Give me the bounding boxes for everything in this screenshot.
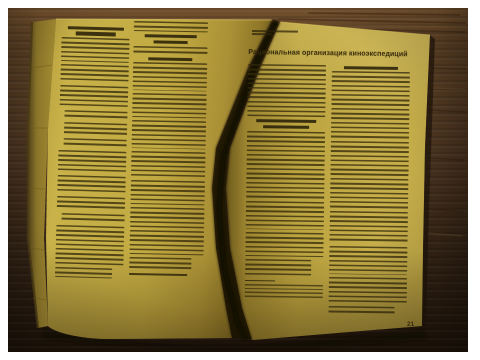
list-item-sim <box>61 213 124 224</box>
photo-frame: Рациональная организация киноэкспедиций <box>0 0 480 360</box>
paragraph-sim <box>58 150 127 174</box>
list-item-sim <box>64 122 128 137</box>
left-heading-sim <box>148 57 192 61</box>
paragraph-sim <box>132 93 206 118</box>
paragraph-sim <box>245 259 311 276</box>
right-page-column-2 <box>328 64 410 318</box>
left-page-column-1 <box>55 24 130 282</box>
footnote-rule <box>245 280 275 282</box>
paragraph-sim <box>130 207 204 228</box>
paragraph-sim <box>246 201 324 230</box>
author-line-sim <box>252 33 272 35</box>
paragraph-sim <box>61 37 130 63</box>
paragraph-sim <box>330 141 408 176</box>
paragraph-sim <box>133 62 208 91</box>
paragraph-sim <box>56 225 125 247</box>
section-heading-sim <box>344 66 399 70</box>
paragraph-sim <box>246 168 324 199</box>
paragraph-sim <box>329 246 407 275</box>
paragraph-sim <box>60 64 128 84</box>
left-page-column-2 <box>129 21 208 276</box>
section-heading-sim <box>263 125 308 129</box>
paragraph-sim <box>131 151 205 178</box>
paragraph-sim <box>133 46 207 55</box>
paragraph-sim <box>329 306 395 315</box>
footnote-sim <box>245 284 323 298</box>
paragraph-sim <box>329 277 407 304</box>
paragraph-sim <box>329 211 407 244</box>
paragraph-sim <box>57 175 125 195</box>
left-heading-sim <box>154 40 188 44</box>
paragraph-sim <box>132 120 207 149</box>
book-photo: Рациональная организация киноэкспедиций <box>8 8 468 352</box>
paragraph-sim <box>130 230 204 255</box>
paragraph-sim <box>57 196 125 212</box>
left-heading-sim <box>68 26 124 31</box>
paragraph-sim <box>331 108 409 139</box>
paragraph-sim <box>331 71 409 106</box>
author-line-sim <box>252 30 298 32</box>
left-heading-sim <box>76 32 116 36</box>
left-heading-sim <box>145 34 197 38</box>
list-item-sim <box>64 110 127 121</box>
paragraph-sim <box>247 64 326 117</box>
paragraph-sim <box>245 232 323 257</box>
paragraph-sim <box>134 21 208 32</box>
author-line <box>252 30 302 38</box>
right-page-column-1 <box>245 64 326 298</box>
paragraph-sim <box>130 180 204 205</box>
list-item-sim <box>63 138 126 149</box>
paragraph-sim <box>55 267 112 279</box>
paragraph-sim <box>129 257 191 270</box>
paragraph-sim <box>247 131 325 166</box>
paragraph-sim <box>55 248 123 266</box>
section-heading-sim <box>257 119 316 123</box>
paragraph-sim <box>330 178 408 209</box>
page-number: 21 <box>407 321 414 328</box>
paragraph-sim <box>60 85 129 109</box>
